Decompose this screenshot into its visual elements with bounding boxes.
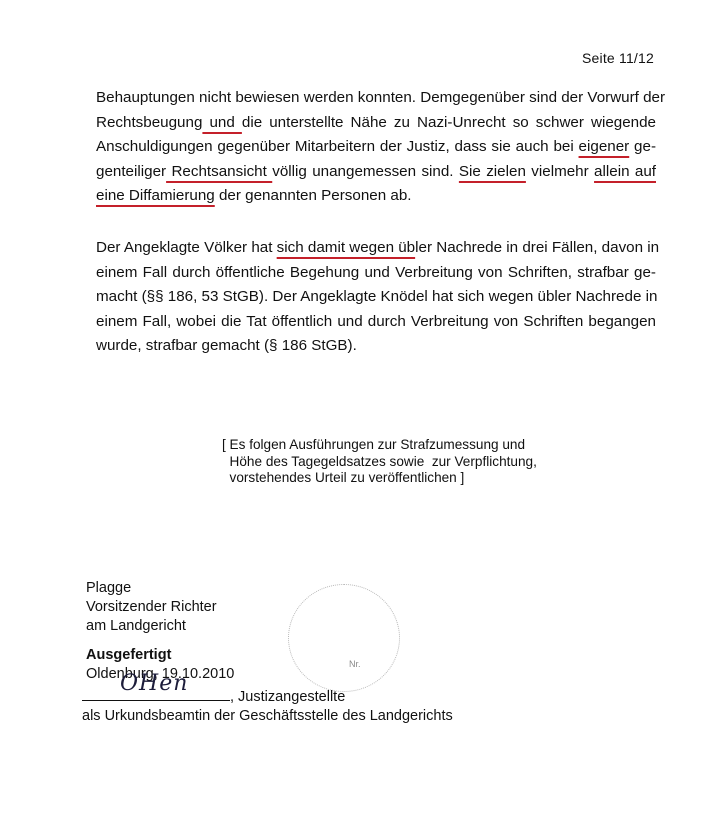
text-line: Der Angeklagte Völker hat sich damit weg…	[96, 236, 656, 261]
stamp-mark: Nr.	[349, 659, 361, 669]
judge-title: Vorsitzender Richter	[86, 598, 234, 617]
text-line: genteiliger Rechtsansicht völlig unangem…	[96, 160, 656, 185]
text-line: Anschuldigungen gegenüber Mitarbeitern d…	[96, 135, 656, 160]
text-run: völlig unangemessen sind.	[272, 163, 459, 180]
text-run: Rechtsbeugung	[96, 114, 202, 131]
judge-signature-block: Plagge Vorsitzender Richter am Landgeric…	[86, 579, 234, 684]
text-line: wurde, strafbar gemacht (§ 186 StGB).	[96, 334, 656, 359]
certification-label: Ausgefertigt	[86, 646, 234, 665]
clerk-office: als Urkundsbeamtin der Geschäftsstelle d…	[82, 707, 453, 726]
text-run: vielmehr	[526, 163, 594, 180]
red-underline-highlight: Sie zielen	[459, 163, 526, 180]
text-line: Rechtsbeugung und die unterstellte Nähe …	[96, 111, 656, 136]
text-line: Behauptungen nicht bewiesen werden konnt…	[96, 86, 656, 111]
court-seal-stamp: Nr.	[288, 584, 400, 692]
note-line: [ Es folgen Ausführungen zur Strafzumess…	[222, 437, 537, 454]
note-line: Höhe des Tagegeldsatzes sowie zur Verpfl…	[222, 454, 537, 471]
page-number: Seite 11/12	[582, 50, 654, 66]
signature-line: OHen	[82, 686, 230, 701]
note-line: vorstehendes Urteil zu veröffentlichen ]	[222, 470, 537, 487]
judge-name: Plagge	[86, 579, 234, 598]
text-run: macht (§§ 186, 53 StGB). Der Angeklagte …	[96, 288, 657, 305]
red-underline-highlight: sich damit wegen üb	[277, 239, 415, 256]
paragraph-verdict: Der Angeklagte Völker hat sich damit weg…	[96, 236, 656, 359]
clerk-signature-block: OHen , Justizangestellte als Urkundsbeam…	[82, 686, 453, 726]
text-run: der genannten Personen ab.	[215, 187, 412, 204]
text-line: einem Fall, wobei die Tat öffentlich und…	[96, 310, 656, 335]
text-run: ge-	[629, 138, 656, 155]
handwritten-signature: OHen	[120, 674, 188, 693]
text-run: wurde, strafbar gemacht (§ 186 StGB).	[96, 337, 357, 354]
red-underline-highlight: eigener	[579, 138, 630, 155]
red-underline-highlight: eine Diffamierung	[96, 187, 215, 204]
clerk-role: , Justizangestellte	[230, 689, 345, 705]
text-run: ler Nachrede in drei Fällen, davon in	[415, 239, 659, 256]
text-run: Behauptungen nicht bewiesen werden konnt…	[96, 89, 665, 106]
text-run: Der Angeklagte Völker hat	[96, 239, 277, 256]
text-line: macht (§§ 186, 53 StGB). Der Angeklagte …	[96, 285, 656, 310]
text-run: einem Fall, wobei die Tat öffentlich und…	[96, 313, 656, 330]
red-underline-highlight: allein auf	[594, 163, 656, 180]
text-line: eine Diffamierung der genannten Personen…	[96, 184, 656, 209]
omission-note: [ Es folgen Ausführungen zur Strafzumess…	[222, 437, 537, 487]
text-run: Anschuldigungen gegenüber Mitarbeitern d…	[96, 138, 579, 155]
text-run: genteiliger	[96, 163, 166, 180]
red-underline-highlight: Rechtsansicht	[166, 163, 272, 180]
text-run: die unterstellte Nähe zu Nazi-Unrecht so…	[242, 114, 656, 131]
red-underline-highlight: und	[202, 114, 241, 131]
paragraph-defamation-finding: Behauptungen nicht bewiesen werden konnt…	[96, 86, 656, 209]
judge-court: am Landgericht	[86, 617, 234, 636]
text-line: einem Fall durch öffentliche Begehung un…	[96, 261, 656, 286]
text-run: einem Fall durch öffentliche Begehung un…	[96, 264, 656, 281]
